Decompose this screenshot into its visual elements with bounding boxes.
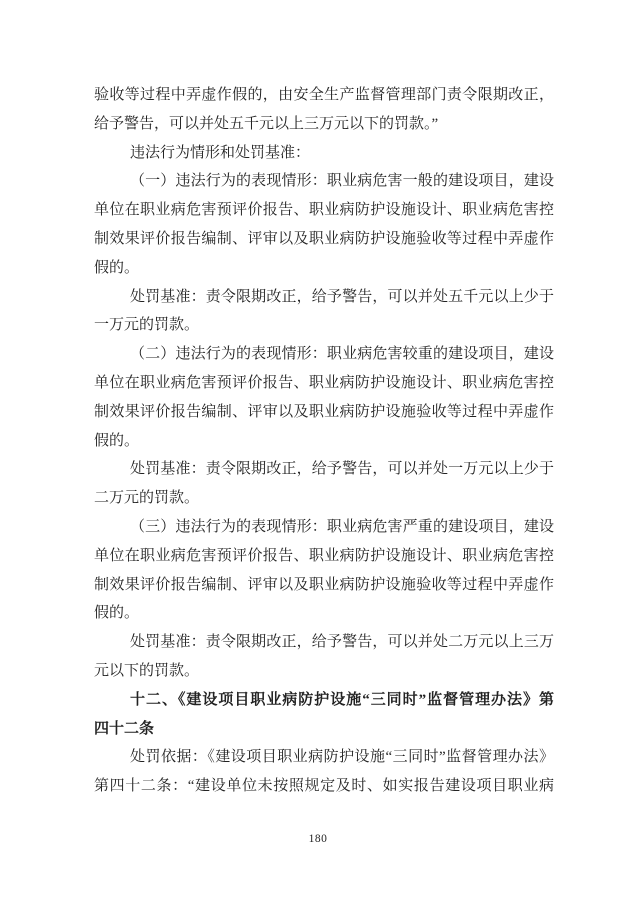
text-line: 一万元的罚款。 — [94, 311, 554, 340]
text-line: （二）违法行为的表现情形：职业病危害较重的建设项目，建设 — [94, 340, 554, 369]
text-line: 制效果评价报告编制、评审以及职业病防护设施验收等过程中弄虚作 — [94, 571, 554, 600]
text-line: 假的。 — [94, 427, 554, 456]
text-line: 给予警告，可以并处五千元以上三万元以下的罚款。” — [94, 110, 554, 139]
text-line: （三）违法行为的表现情形：职业病危害严重的建设项目，建设 — [94, 513, 554, 542]
text-line: 单位在职业病危害预评价报告、职业病防护设施设计、职业病危害控 — [94, 196, 554, 225]
text-line: 处罚依据：《建设项目职业病防护设施“三同时”监督管理办法》 — [94, 743, 554, 772]
text-line: 制效果评价报告编制、评审以及职业病防护设施验收等过程中弄虚作 — [94, 398, 554, 427]
document-page: 验收等过程中弄虚作假的，由安全生产监督管理部门责令限期改正，给予警告，可以并处五… — [0, 0, 636, 900]
text-line: 十二、《建设项目职业病防护设施“三同时”监督管理办法》第 — [94, 686, 554, 715]
text-line: 违法行为情形和处罚基准： — [94, 139, 554, 168]
text-line: 单位在职业病危害预评价报告、职业病防护设施设计、职业病危害控 — [94, 542, 554, 571]
text-line: 处罚基准：责令限期改正，给予警告，可以并处一万元以上少于 — [94, 455, 554, 484]
text-line: 四十二条 — [94, 715, 554, 744]
text-line: 假的。 — [94, 254, 554, 283]
text-line: 验收等过程中弄虚作假的，由安全生产监督管理部门责令限期改正， — [94, 81, 554, 110]
text-line: 单位在职业病危害预评价报告、职业病防护设施设计、职业病危害控 — [94, 369, 554, 398]
text-line: 处罚基准：责令限期改正，给予警告，可以并处五千元以上少于 — [94, 283, 554, 312]
page-number: 180 — [0, 833, 636, 845]
document-lines: 验收等过程中弄虚作假的，由安全生产监督管理部门责令限期改正，给予警告，可以并处五… — [94, 81, 554, 801]
text-line: 制效果评价报告编制、评审以及职业病防护设施验收等过程中弄虚作 — [94, 225, 554, 254]
text-line: 二万元的罚款。 — [94, 484, 554, 513]
text-line: 元以下的罚款。 — [94, 657, 554, 686]
text-line: （一）违法行为的表现情形：职业病危害一般的建设项目，建设 — [94, 167, 554, 196]
text-line: 处罚基准：责令限期改正，给予警告，可以并处二万元以上三万 — [94, 628, 554, 657]
text-line: 假的。 — [94, 599, 554, 628]
text-line: 第四十二条：“建设单位未按照规定及时、如实报告建设项目职业病 — [94, 772, 554, 801]
